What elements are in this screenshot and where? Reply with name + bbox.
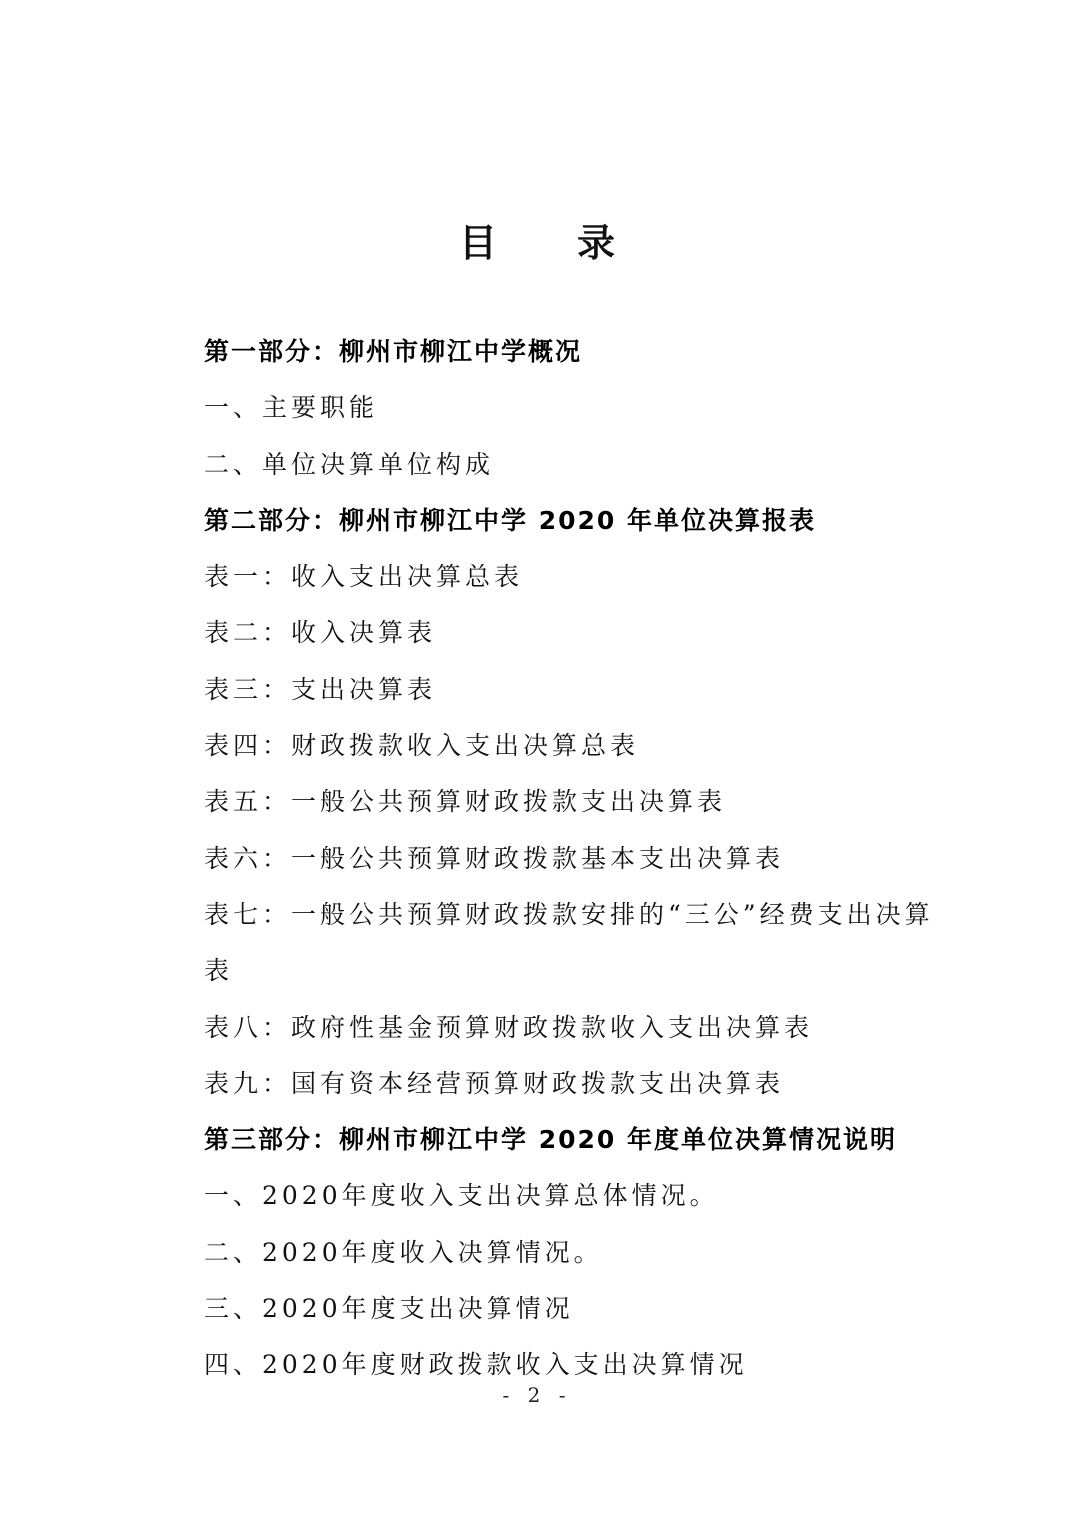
title-char-2: 录 <box>577 212 615 267</box>
toc-item[interactable]: 表六：一般公共预算财政拨款基本支出决算表 <box>204 837 964 893</box>
toc-part-1[interactable]: 第一部分：柳州市柳江中学概况 <box>204 330 964 386</box>
toc-part-2[interactable]: 第二部分：柳州市柳江中学 2020 年单位决算报表 <box>204 499 964 555</box>
toc-item[interactable]: 表二：收入决算表 <box>204 611 964 667</box>
toc-item[interactable]: 一、主要职能 <box>204 386 964 442</box>
toc-item[interactable]: 表四：财政拨款收入支出决算总表 <box>204 724 964 780</box>
title-char-1: 目 <box>459 212 497 267</box>
toc-item[interactable]: 表八：政府性基金预算财政拨款收入支出决算表 <box>204 1006 964 1062</box>
toc-item[interactable]: 一、2020年度收入支出决算总体情况。 <box>204 1174 964 1230</box>
toc-item[interactable]: 二、2020年度收入决算情况。 <box>204 1231 964 1287</box>
page-number: - 2 - <box>0 1383 1074 1407</box>
toc-item-continuation[interactable]: 表 <box>204 949 964 1005</box>
toc-part-3[interactable]: 第三部分：柳州市柳江中学 2020 年度单位决算情况说明 <box>204 1118 964 1174</box>
table-of-contents: 第一部分：柳州市柳江中学概况 一、主要职能 二、单位决算单位构成 第二部分：柳州… <box>204 330 964 1400</box>
toc-item[interactable]: 表五：一般公共预算财政拨款支出决算表 <box>204 780 964 836</box>
toc-item[interactable]: 二、单位决算单位构成 <box>204 443 964 499</box>
toc-item[interactable]: 三、2020年度支出决算情况 <box>204 1287 964 1343</box>
toc-item[interactable]: 表九：国有资本经营预算财政拨款支出决算表 <box>204 1062 964 1118</box>
page-title: 目录 <box>0 212 1074 267</box>
toc-item[interactable]: 表三：支出决算表 <box>204 668 964 724</box>
toc-item[interactable]: 表一：收入支出决算总表 <box>204 555 964 611</box>
toc-item[interactable]: 表七：一般公共预算财政拨款安排的“三公”经费支出决算 <box>204 893 964 949</box>
